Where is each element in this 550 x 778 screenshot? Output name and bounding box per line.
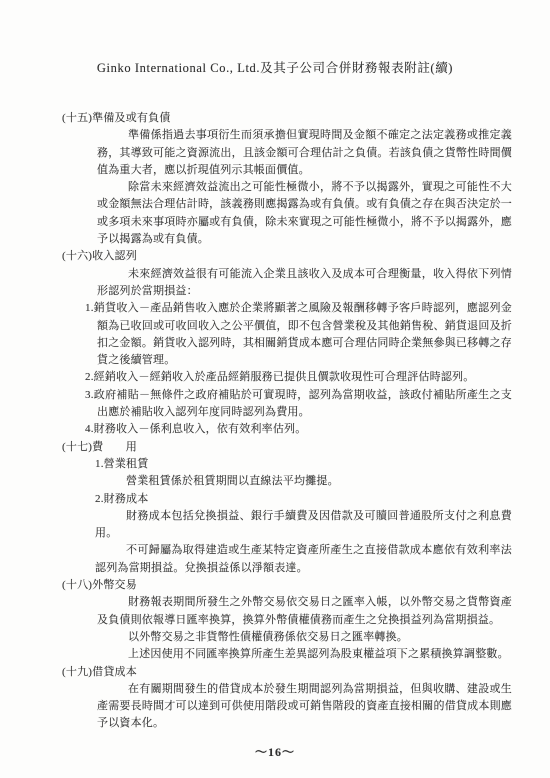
- paragraph: 未來經濟效益很有可能流入企業且該收入及成本可合理衡量，收入得依下列情形認列於當期…: [97, 266, 512, 301]
- numbered-item: 3.政府補貼－無條件之政府補貼於可實現時，認列為當期收益，該政付補貼所產生之支出…: [85, 387, 512, 422]
- numbered-item: 1.銷貨收入－產品銷售收入應於企業將顯著之風險及報酬移轉予客戶時認列，應認列金額…: [85, 300, 512, 369]
- section-heading: (十八)外幣交易: [62, 577, 512, 594]
- paragraph: 以外幣交易之非貨幣性債權債務係依交易日之匯率轉換。: [97, 629, 512, 646]
- subsection-operating-lease: 1.營業租賃 營業租賃係於租賃期間以直線法平均攤提。: [62, 456, 512, 491]
- section-foreign-currency-transactions: (十八)外幣交易 財務報表期間所發生之外幣交易依交易日之匯率入帳，以外幣交易之貨…: [62, 577, 512, 663]
- subsection-label: 1.營業租賃: [95, 456, 512, 473]
- paragraph: 財務報表期間所發生之外幣交易依交易日之匯率入帳，以外幣交易之貨幣資產及負債則依報…: [97, 594, 512, 629]
- subsection-finance-costs: 2.財務成本 財務成本包括兌換損益、銀行手續費及因借款及可贖回普通股所支付之利息…: [62, 491, 512, 577]
- numbered-item: 4.財務收入－係利息收入，依有效利率估列。: [85, 421, 512, 438]
- page-number: ～16～: [0, 743, 550, 760]
- section-heading: (十九)借貸成本: [62, 664, 512, 681]
- section-borrowing-costs: (十九)借貸成本 在有關期間發生的借貸成本於發生期間認列為當期損益，但與收購、建…: [62, 664, 512, 733]
- section-expenses: (十七)費 用 1.營業租賃 營業租賃係於租賃期間以直線法平均攤提。 2.財務成…: [62, 439, 512, 577]
- paragraph: 除當未來經濟效益流出之可能性極微小，將不予以揭露外，實現之可能性不大或金額無法合…: [97, 179, 512, 248]
- numbered-item: 2.經銷收入－經銷收入於產品經銷服務已提供且價款收現性可合理評估時認列。: [85, 369, 512, 386]
- document-title: Ginko International Co., Ltd.及其子公司合併財務報表…: [0, 58, 550, 76]
- document-page: Ginko International Co., Ltd.及其子公司合併財務報表…: [0, 0, 550, 778]
- section-revenue-recognition: (十六)收入認列 未來經濟效益很有可能流入企業且該收入及成本可合理衡量，收入得依…: [62, 248, 512, 438]
- section-heading: (十六)收入認列: [62, 248, 512, 265]
- paragraph: 營業租賃係於租賃期間以直線法平均攤提。: [95, 473, 512, 490]
- document-body: (十五)準備及或有負債 準備係指過去事項衍生而須承擔但實現時間及金額不確定之法定…: [0, 110, 550, 733]
- section-heading: (十七)費 用: [62, 439, 512, 456]
- paragraph: 不可歸屬為取得建造或生產某特定資產所產生之直接借款成本應依有效利率法認列為當期損…: [95, 542, 512, 577]
- paragraph: 在有關期間發生的借貸成本於發生期間認列為當期損益，但與收購、建設或生產需要長時間…: [97, 681, 512, 733]
- section-provisions-contingent-liabilities: (十五)準備及或有負債 準備係指過去事項衍生而須承擔但實現時間及金額不確定之法定…: [62, 110, 512, 248]
- paragraph: 上述因使用不同匯率換算所產生差異認列為股東權益項下之累積換算調整數。: [97, 646, 512, 663]
- paragraph: 準備係指過去事項衍生而須承擔但實現時間及金額不確定之法定義務或推定義務，其導致可…: [97, 127, 512, 179]
- section-heading: (十五)準備及或有負債: [62, 110, 512, 127]
- subsection-label: 2.財務成本: [95, 491, 512, 508]
- paragraph: 財務成本包括兌換損益、銀行手續費及因借款及可贖回普通股所支付之利息費用。: [95, 508, 512, 543]
